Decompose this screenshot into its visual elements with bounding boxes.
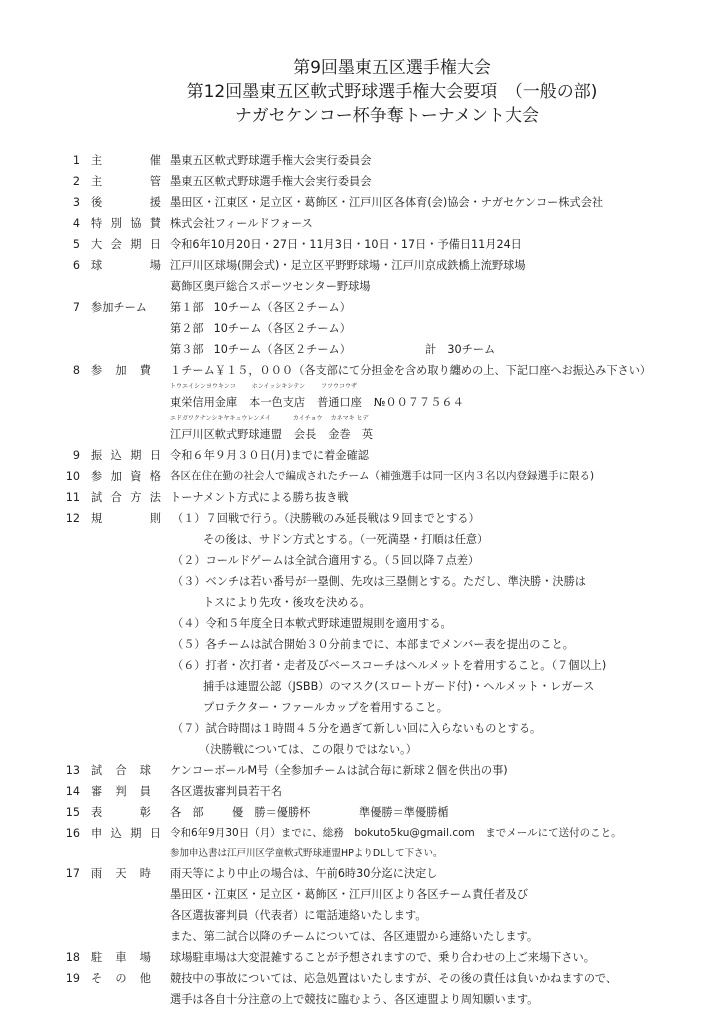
item-number: 1	[58, 150, 80, 171]
item-label: 主 催	[91, 150, 161, 171]
item-content: 墨東五区軟式野球選手権大会実行委員会	[170, 150, 371, 171]
item-ball: 13 試 合 球 ケンコーボールM号（全参加チームは試合毎に新球２個を供出の事)	[0, 760, 724, 781]
item-payment-deadline: 9 振 込 期 日 令和６年９月３０日(月)までに着金確認	[0, 445, 724, 466]
item-label: 試 合 方 法	[91, 487, 161, 508]
item-awards: 15 表 彰 各 部 優 勝＝優勝杯 準優勝＝準優勝楯	[0, 802, 724, 823]
item-venues-cont: 葛飾区奥戸総合スポーツセンター野球場	[0, 276, 724, 297]
item-number: 3	[58, 192, 80, 213]
item-number: 7	[58, 297, 80, 318]
item-number: 8	[58, 360, 80, 381]
item-management: 2 主 管 墨東五区軟式野球選手権大会実行委員会	[0, 171, 724, 192]
item-content: 令和6年9月30日（月）までに、総務 bokuto5ku@gmail.com ま…	[170, 823, 622, 844]
division-1: 第１部10チーム（各区２チーム）	[170, 297, 351, 318]
item-label: 振 込 期 日	[91, 445, 161, 466]
item-label: 申 込 期 日	[91, 823, 161, 844]
item-content: 令和６年９月３０日(月)までに着金確認	[170, 445, 369, 466]
item-content: 競技中の事故については、応急処置はいたしますが、その後の責任は負いかねますので、	[170, 968, 617, 989]
rule-cont: その後は、サドン方式とする。（一死満塁・打順は任意）	[0, 529, 724, 550]
item-content: 各区選抜審判員若干名	[170, 781, 282, 802]
item-number: 2	[58, 171, 80, 192]
item-rain: 17 雨 天 時 雨天等により中止の場合は、午前6時30分迄に決定し	[0, 863, 724, 884]
item-eligibility: 10 参 加 資 格 各区在住在勤の社会人で編成されたチーム（補強選手は同一区内…	[0, 466, 724, 487]
rule-5: （５）各チームは試合開始３０分前までに、本部までメンバー表を提出のこと。	[0, 634, 724, 655]
item-content: 雨天等により中止の場合は、午前6時30分迄に決定し	[170, 863, 437, 884]
item-content: トーナメント方式による勝ち抜き戦	[170, 487, 349, 508]
item-number: 4	[58, 213, 80, 234]
item-teams-cont: 第２部10チーム（各区２チーム）	[0, 318, 724, 339]
item-number: 15	[58, 802, 80, 823]
rule-cont: （決勝戦については、この限りではない。）	[0, 739, 724, 760]
item-venues: 6 球 場 江戸川区球場(開会式)・足立区平野野球場・江戸川京成鉄橋上流野球場	[0, 255, 724, 276]
item-label: 参 加 資 格	[91, 466, 161, 487]
rule-7: （７）試合時間は１時間４５分を過ぎて新しい回に入らないものとする。	[0, 718, 724, 739]
item-dates: 5 大 会 期 日 令和6年10月20日・27日・11月3日・10日・17日・予…	[0, 234, 724, 255]
rule-cont: トスにより先攻・後攻を決める。	[0, 592, 724, 613]
item-label: 試 合 球	[91, 760, 151, 781]
item-content: 江戸川区球場(開会式)・足立区平野野球場・江戸川京成鉄橋上流野球場	[170, 255, 526, 276]
item-list: 1 主 催 墨東五区軟式野球選手権大会実行委員会 2 主 管 墨東五区軟式野球選…	[0, 150, 724, 1010]
item-label: 参 加 費	[91, 360, 151, 381]
item-content: 各区在住在勤の社会人で編成されたチーム（補強選手は同一区内３名以内登録選手に限る…	[170, 466, 594, 487]
item-other-cont: 選手は各自十分注意の上で競技に臨むよう、各区連盟より周知願います。	[0, 989, 724, 1010]
division-3: 第３部10チーム（各区２チーム）	[170, 339, 351, 360]
title-line-3: ナガセケンコー杯争奪トーナメント大会	[50, 104, 724, 128]
holder-ruby: エドガワクナンシキヤキュウレンメイカイチョウカネマキ ヒデ	[0, 413, 724, 424]
document-title: 第9回墨東五区選手権大会 第12回墨東五区軟式野球選手権大会要項 （一般の部) …	[0, 56, 724, 128]
rule-4: （４）令和５年度全日本軟式野球連盟規則を適用する。	[0, 613, 724, 634]
bank-ruby: トウエイシンヨウキンコホンイッシキシテンフツウコウザ	[0, 381, 724, 392]
item-label: 雨 天 時	[91, 863, 151, 884]
item-format: 11 試 合 方 法 トーナメント方式による勝ち抜き戦	[0, 487, 724, 508]
awards-winner: 優 勝＝優勝杯	[232, 802, 310, 823]
item-other: 19 そ の 他 競技中の事故については、応急処置はいたしますが、その後の責任は…	[0, 968, 724, 989]
item-label: 表 彰	[91, 802, 151, 823]
awards-division: 各 部	[170, 802, 204, 823]
item-label: 主 管	[91, 171, 161, 192]
item-number: 9	[58, 445, 80, 466]
item-rules: 12 規 則 （１）７回戦で行う。（決勝戦のみ延長戦は９回までとする）	[0, 508, 724, 529]
item-application-deadline: 16 申 込 期 日 令和6年9月30日（月）までに、総務 bokuto5ku@…	[0, 823, 724, 844]
item-organizer: 1 主 催 墨東五区軟式野球選手権大会実行委員会	[0, 150, 724, 171]
rule-cont: プロテクター・ファールカップを着用すること。	[0, 697, 724, 718]
item-rain-cont: 各区選抜審判員（代表者）に電話連絡いたします。	[0, 905, 724, 926]
rule-6: （６）打者・次打者・走者及びベースコーチはヘルメットを着用すること。（７個以上)	[0, 655, 724, 676]
item-parking: 18 駐 車 場 球場駐車場は大変混雑することが予想されますので、乗り合わせの上…	[0, 947, 724, 968]
teams-total: 計 30チーム	[425, 339, 495, 360]
item-number: 19	[58, 968, 80, 989]
item-teams: 7 参加チーム 第１部10チーム（各区２チーム）	[0, 297, 724, 318]
item-label: 特 別 協 賛	[91, 213, 161, 234]
item-label: 駐 車 場	[91, 947, 151, 968]
item-number: 11	[58, 487, 80, 508]
rule-3: （３）ベンチは若い番号が一塁側、先攻は三塁側とする。ただし、準決勝・決勝は	[0, 571, 724, 592]
item-content: 参加申込書は江戸川区学童軟式野球連盟HPよりDLして下さい。	[170, 844, 442, 863]
item-content: 葛飾区奥戸総合スポーツセンター野球場	[170, 276, 370, 297]
item-support: 3 後 援 墨田区・江東区・足立区・葛飾区・江戸川区各体育(会)協会・ナガセケン…	[0, 192, 724, 213]
item-rain-cont: また、第二試合以降のチームについては、各区連盟から連絡いたします。	[0, 926, 724, 947]
item-number: 14	[58, 781, 80, 802]
item-content: 墨田区・江東区・足立区・葛飾区・江戸川区各体育(会)協会・ナガセケンコー株式会社	[170, 192, 603, 213]
title-line-1: 第9回墨東五区選手権大会	[60, 56, 724, 80]
awards-runner-up: 準優勝＝準優勝楯	[359, 802, 449, 823]
rule-1: （１）７回戦で行う。（決勝戦のみ延長戦は９回までとする）	[172, 508, 480, 529]
item-label: 規 則	[91, 508, 161, 529]
item-umpires: 14 審 判 員 各区選抜審判員若干名	[0, 781, 724, 802]
item-number: 12	[58, 508, 80, 529]
item-teams-cont: 第３部10チーム（各区２チーム） 計 30チーム	[0, 339, 724, 360]
item-number: 13	[58, 760, 80, 781]
item-fee: 8 参 加 費 １チーム￥１５，０００（各支部にて分担金を含め取り纏めの上、下記…	[0, 360, 724, 381]
item-label: 大 会 期 日	[91, 234, 161, 255]
item-content: 株式会社フィールドフォース	[170, 213, 313, 234]
title-line-2: 第12回墨東五区軟式野球選手権大会要項 （一般の部)	[60, 80, 724, 104]
bank-account: 東栄信用金庫本一色支店普通口座№００７７５６４	[0, 392, 724, 413]
item-label: そ の 他	[91, 968, 151, 989]
item-rain-cont: 墨田区・江東区・足立区・葛飾区・江戸川区より各区チーム責任者及び	[0, 884, 724, 905]
item-number: 6	[58, 255, 80, 276]
item-number: 5	[58, 234, 80, 255]
account-holder: 江戸川区軟式野球連盟会長金巻 英	[0, 424, 724, 445]
division-2: 第２部10チーム（各区２チーム）	[170, 318, 351, 339]
item-label: 参加チーム	[91, 297, 161, 318]
item-content: ケンコーボールM号（全参加チームは試合毎に新球２個を供出の事)	[170, 760, 508, 781]
item-label: 審 判 員	[91, 781, 151, 802]
item-number: 10	[58, 466, 80, 487]
item-content: 墨東五区軟式野球選手権大会実行委員会	[170, 171, 371, 192]
item-label: 後 援	[91, 192, 161, 213]
item-number: 16	[58, 823, 80, 844]
item-content: 球場駐車場は大変混雑することが予想されますので、乗り合わせの上ご来場下さい。	[170, 947, 595, 968]
item-number: 17	[58, 863, 80, 884]
item-content: 令和6年10月20日・27日・11月3日・10日・17日・予備日11月24日	[170, 234, 522, 255]
rule-cont: 捕手は連盟公認（JSBB）のマスク(スロートガード付)・ヘルメット・レガース	[0, 676, 724, 697]
item-label: 球 場	[91, 255, 161, 276]
fee-amount: １チーム￥１５，０００（各支部にて分担金を含め取り纏めの上、下記口座へお振込み下…	[170, 360, 651, 381]
item-application-note: 参加申込書は江戸川区学童軟式野球連盟HPよりDLして下さい。	[0, 844, 724, 863]
rule-2: （２）コールドゲームは全試合適用する。（５回以降７点差）	[0, 550, 724, 571]
item-special-sponsor: 4 特 別 協 賛 株式会社フィールドフォース	[0, 213, 724, 234]
item-number: 18	[58, 947, 80, 968]
